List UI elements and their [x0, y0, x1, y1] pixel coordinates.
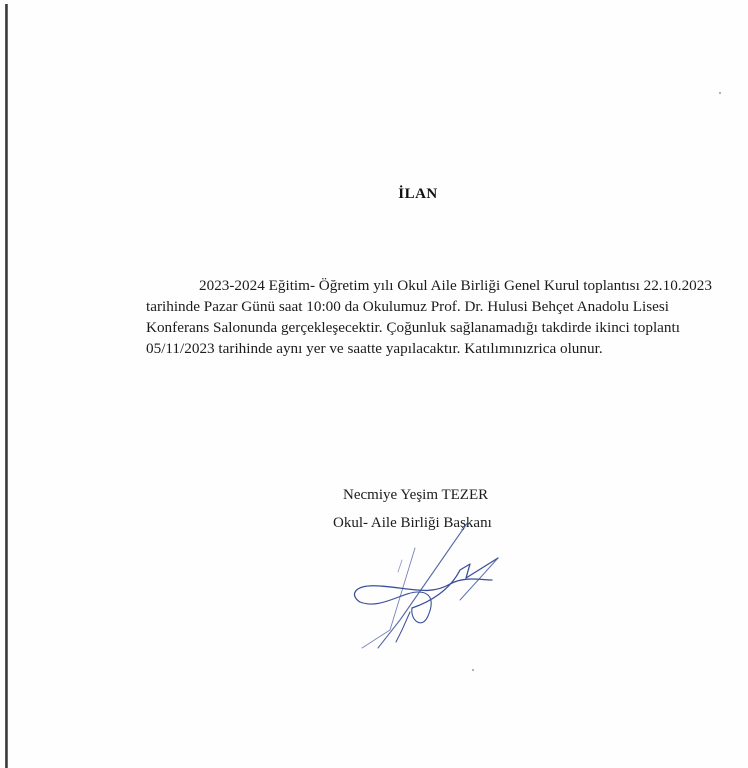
document-title: İLAN: [0, 186, 748, 203]
scan-edge-line: [5, 4, 8, 768]
scanned-document-page: İLAN 2023-2024 Eğitim- Öğretim yılı Okul…: [0, 0, 748, 768]
signatory-name: Necmiye Yeşim TEZER: [343, 487, 488, 504]
body-line: 05/11/2023 tarihinde aynı yer ve saatte …: [146, 338, 726, 359]
signature-icon: [340, 520, 520, 660]
body-line: Konferans Salonunda gerçekleşecektir. Ço…: [146, 317, 726, 338]
scan-speck: [472, 669, 474, 671]
scan-speck: [719, 92, 721, 94]
body-line: tarihinde Pazar Günü saat 10:00 da Okulu…: [146, 296, 726, 317]
body-line: 2023-2024 Eğitim- Öğretim yılı Okul Aile…: [146, 275, 726, 296]
announcement-body: 2023-2024 Eğitim- Öğretim yılı Okul Aile…: [146, 275, 726, 359]
